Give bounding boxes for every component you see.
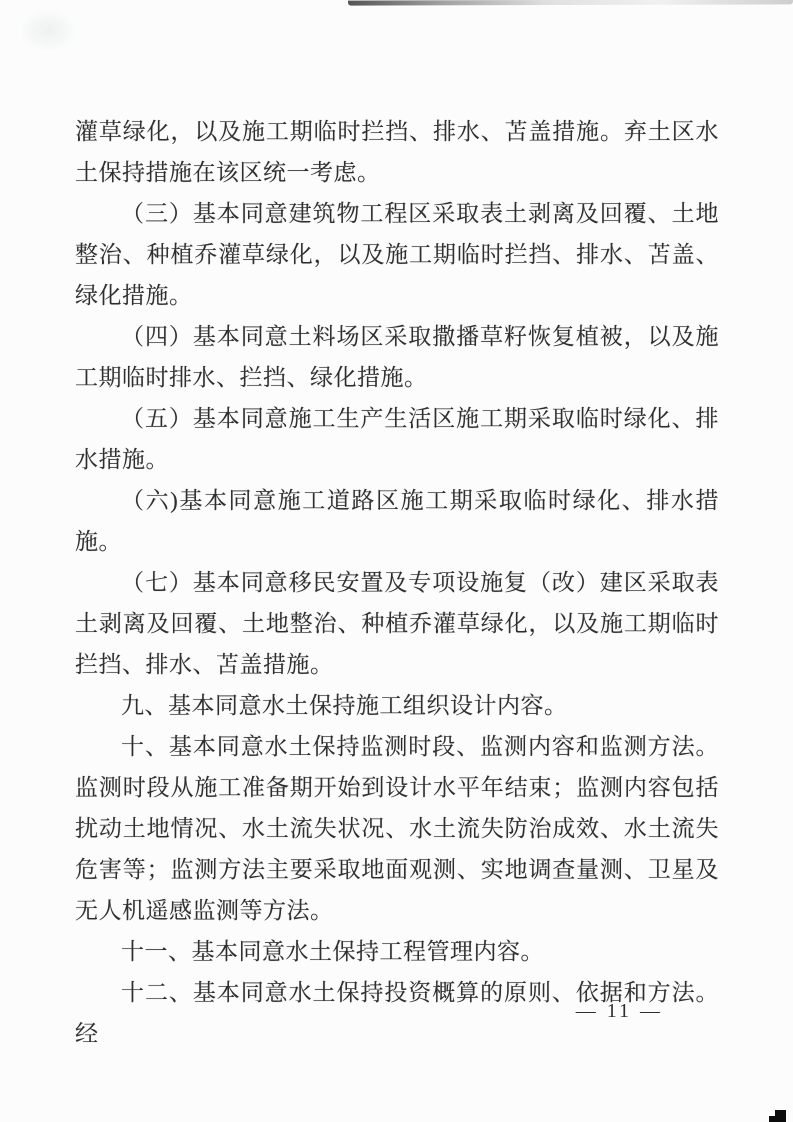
scan-artifact-corner-mark: [769, 1110, 786, 1122]
paragraph: （七）基本同意移民安置及专项设施复（改）建区采取表土剥离及回覆、土地整治、种植乔…: [75, 562, 719, 685]
paragraph: （三）基本同意建筑物工程区采取表土剥离及回覆、土地整治、种植乔灌草绿化，以及施工…: [75, 193, 719, 316]
paragraph: （四）基本同意土料场区采取撒播草籽恢复植被，以及施工期临时排水、拦挡、绿化措施。: [75, 316, 719, 398]
page-number: — 11 —: [576, 1000, 663, 1023]
paragraph: （五）基本同意施工生产生活区施工期采取临时绿化、排水措施。: [75, 398, 719, 480]
document-body: 灌草绿化，以及施工期临时拦挡、排水、苫盖措施。弃土区水土保持措施在该区统一考虑。…: [75, 111, 719, 1054]
scanned-document-page: 灌草绿化，以及施工期临时拦挡、排水、苫盖措施。弃土区水土保持措施在该区统一考虑。…: [0, 0, 793, 1122]
paragraph: 十、基本同意水土保持监测时段、监测内容和监测方法。监测时段从施工准备期开始到设计…: [75, 726, 719, 931]
scan-artifact-corner-block: [769, 1116, 775, 1122]
scan-artifact-smudge: [18, 8, 78, 53]
scan-artifact-corner-block: [775, 1110, 786, 1122]
paragraph: 九、基本同意水土保持施工组织设计内容。: [75, 685, 719, 726]
scan-artifact-top-streak: [348, 0, 793, 6]
paragraph: （六)基本同意施工道路区施工期采取临时绿化、排水措施。: [75, 480, 719, 562]
paragraph: 灌草绿化，以及施工期临时拦挡、排水、苫盖措施。弃土区水土保持措施在该区统一考虑。: [75, 111, 719, 193]
paragraph: 十一、基本同意水土保持工程管理内容。: [75, 931, 719, 972]
